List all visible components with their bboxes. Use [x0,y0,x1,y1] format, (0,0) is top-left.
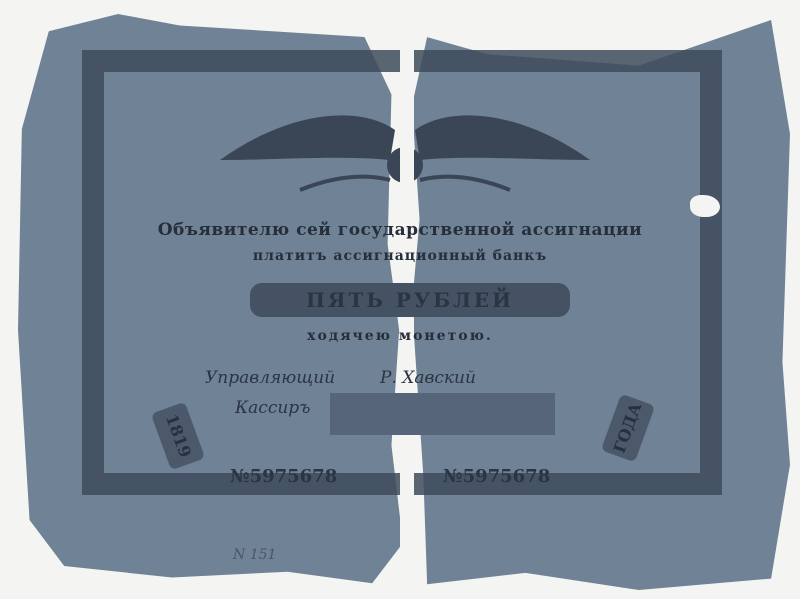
text-line-3: ходячею монетою. [0,328,800,344]
serial-number-left: №5975678 [230,466,337,487]
paper-hole [690,195,720,217]
cashier-signature-box [330,393,555,435]
cashier-label: Кассиръ [235,398,311,418]
pencil-annotation: N 151 [233,547,276,563]
serial-number-right: №5975678 [443,466,550,487]
manager-label: Управляющий [205,368,335,388]
manager-signature: Р. Хавский [380,368,476,388]
text-line-2: платитъ ассигнационный банкъ [0,248,800,264]
denomination: ПЯТЬ РУБЛЕЙ [250,283,570,317]
text-line-1: Объявителю сей государственной ассигнаци… [0,220,800,240]
